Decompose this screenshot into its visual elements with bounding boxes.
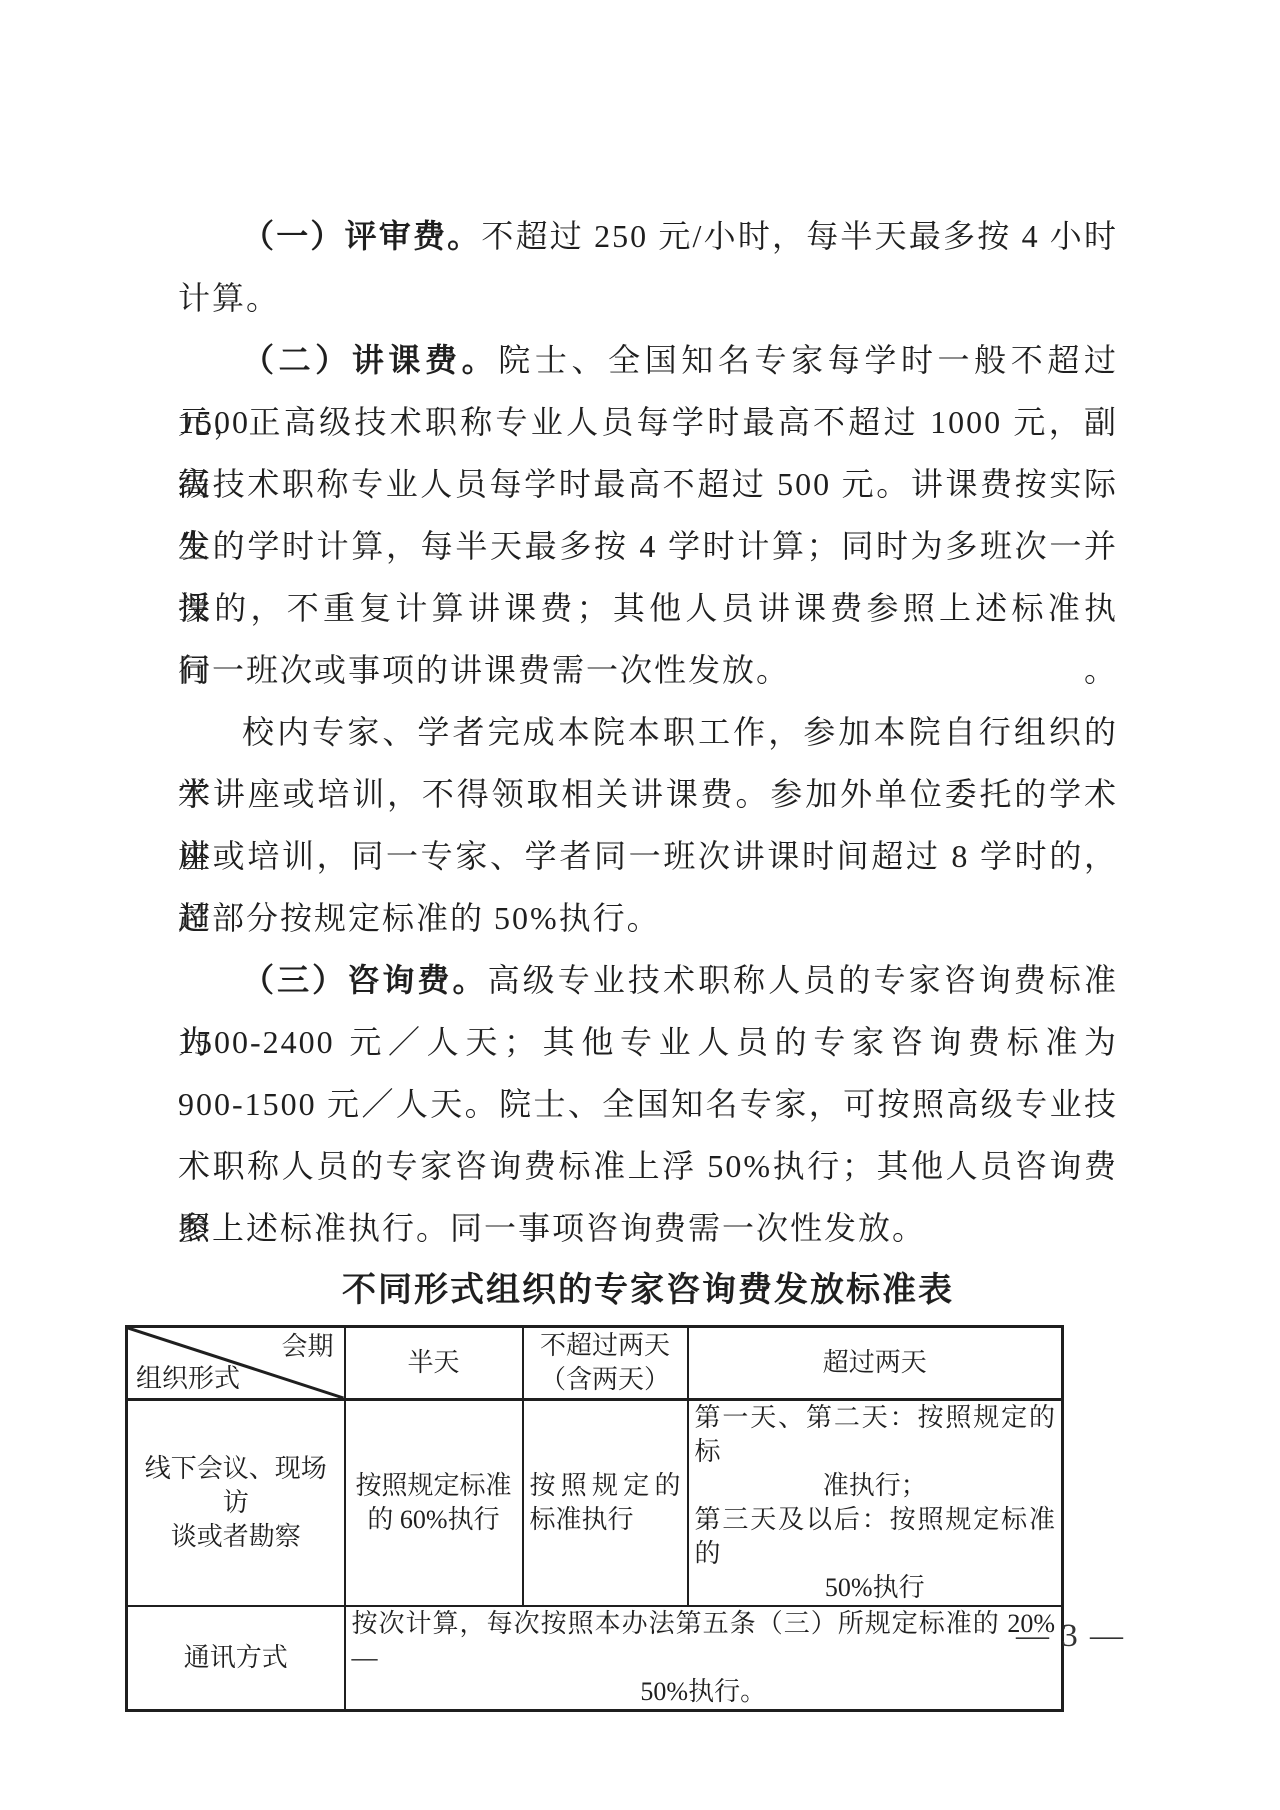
text-line: 校内专家、学者完成本院本职工作，参加本院自行组织的学 (178, 701, 1118, 763)
consulting-fee-table: 会期 组织形式 半天 不超过两天 （含两天） 超过两天 线下会议、现场访 谈或者… (125, 1325, 1064, 1712)
text-line: 术职称人员的专家咨询费标准上浮 50%执行；其他人员咨询费参 (178, 1135, 1118, 1197)
body-text: （一）评审费。不超过 250 元/小时，每半天最多按 4 小时 计算。 （二）讲… (178, 205, 1118, 1323)
document-page: （一）评审费。不超过 250 元/小时，每半天最多按 4 小时 计算。 （二）讲… (0, 0, 1280, 1810)
row-telecom-form: 通讯方式 (127, 1606, 345, 1711)
text-line: 过部分按规定标准的 50%执行。 (178, 887, 1118, 949)
text-line: （二）讲课费。院士、全国知名专家每学时一般不超过 1500 (178, 329, 1118, 391)
section-label: （三）咨询费。 (242, 962, 488, 998)
header-org-form: 组织形式 (136, 1362, 240, 1396)
text-line: 术讲座或培训，不得领取相关讲课费。参加外单位委托的学术讲 (178, 763, 1118, 825)
text-line: 座或培训，同一专家、学者同一班次讲课时间超过 8 学时的，超 (178, 825, 1118, 887)
text-line: 计算。 (178, 267, 1118, 329)
text-line: 900-1500 元／人天。院士、全国知名专家，可按照高级专业技 (178, 1073, 1118, 1135)
header-over-two-days: 超过两天 (688, 1327, 1063, 1400)
text-line: 1500-2400 元／人天；其他专业人员的专家咨询费标准为 (178, 1011, 1118, 1073)
text-line: 照上述标准执行。同一事项咨询费需一次性发放。 (178, 1197, 1118, 1259)
row-offline-over: 第一天、第二天：按照规定的标 准执行； 第三天及以后：按照规定标准的 50%执行 (688, 1400, 1063, 1607)
row-telecom-rule: 按次计算，每次按照本办法第五条（三）所规定标准的 20%— 50%执行。 (345, 1606, 1063, 1711)
text-line: 级技术职称专业人员每学时最高不超过 500 元。讲课费按实际发 (178, 453, 1118, 515)
section-label: （一）评审费。 (242, 218, 481, 254)
section-label: （二）讲课费。 (242, 342, 498, 378)
corner-header-cell: 会期 组织形式 (127, 1327, 345, 1400)
text-line: 元，正高级技术职称专业人员每学时最高不超过 1000 元，副高 (178, 391, 1118, 453)
text-line: 课的，不重复计算讲课费；其他人员讲课费参照上述标准执行。 (178, 577, 1118, 639)
row-offline-within: 按照规定的 标准执行 (523, 1400, 688, 1607)
text-line: 生的学时计算，每半天最多按 4 学时计算；同时为多班次一并授 (178, 515, 1118, 577)
page-number: — 3 — (1016, 1618, 1125, 1655)
text-line: （一）评审费。不超过 250 元/小时，每半天最多按 4 小时 (178, 205, 1118, 267)
row-offline-form: 线下会议、现场访 谈或者勘察 (127, 1400, 345, 1607)
header-within-two-days: 不超过两天 （含两天） (523, 1327, 688, 1400)
table-title: 不同形式组织的专家咨询费发放标准表 (178, 1259, 1118, 1323)
header-half-day: 半天 (345, 1327, 523, 1400)
text-line: （三）咨询费。高级专业技术职称人员的专家咨询费标准为 (178, 949, 1118, 1011)
row-offline-half-day: 按照规定标准 的 60%执行 (345, 1400, 523, 1607)
header-session: 会期 (281, 1330, 333, 1364)
